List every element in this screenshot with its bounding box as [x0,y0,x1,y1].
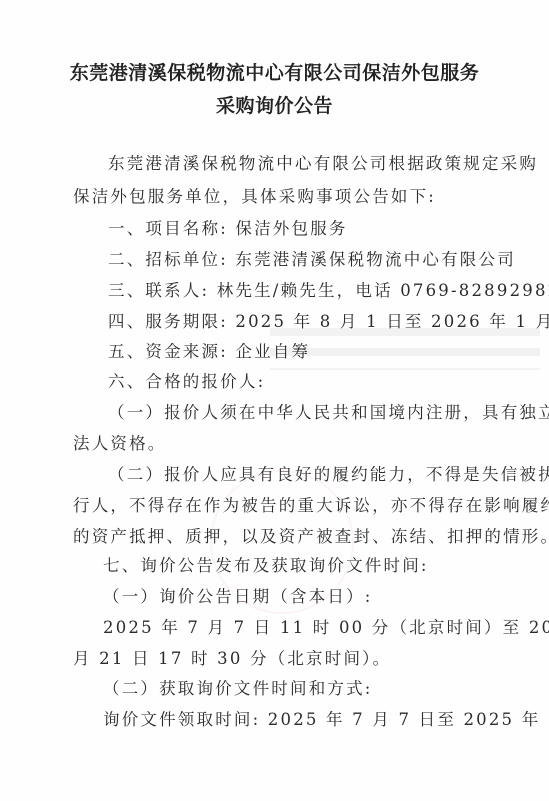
notice-date-heading: （一）询价公告日期（含本日）: [103,583,373,607]
item-contact: 三、联系人: 林先生/赖先生，电话 0769-82892982 [108,277,549,301]
item-service-period: 四、服务期限: 2025 年 8 月 1 日至 2026 年 1 月 31 日 [108,308,549,332]
intro-line1: 东莞港清溪保税物流中心有限公司根据政策规定采购 [108,150,538,174]
intro-line2: 保洁外包服务单位，具体采购事项公告如下: [73,183,436,207]
item-fund-source: 五、资金来源: 企业自筹 [108,338,310,362]
qualification-2-line2: 行人，不得存在作为被告的重大诉讼，亦不得存在影响履约 [73,492,549,516]
qualification-1-line1: （一）报价人须在中华人民共和国境内注册，具有独立 [108,399,549,423]
obtain-docs-heading: （二）获取询价文件时间和方式: [103,675,373,699]
notice-date-line1: 2025 年 7 月 7 日 11 时 00 分（北京时间）至 2025 年 7 [103,614,549,638]
document-page: 东莞港清溪保税物流中心有限公司保洁外包服务 采购询价公告 东莞港清溪保税物流中心… [0,0,549,801]
qualification-2-line1: （二）报价人应具有良好的履约能力，不得是失信被执 [108,461,549,485]
item-qualified-bidders: 六、合格的报价人: [108,368,265,392]
notice-date-line2: 月 21 日 17 时 30 分（北京时间）。 [73,645,391,669]
item-project-name: 一、项目名称: 保洁外包服务 [108,215,348,239]
qualification-1-line2: 法人资格。 [73,430,167,454]
obtain-docs-time: 询价文件领取时间: 2025 年 7 月 7 日至 2025 年 7 月 14 [103,706,549,730]
bleed-through-text [270,328,540,370]
item-notice-schedule: 七、询价公告发布及获取询价文件时间: [103,552,429,576]
document-title-line2: 采购询价公告 [0,91,549,118]
qualification-2-line3: 的资产抵押、质押，以及资产被查封、冻结、扣押的情形。 [73,523,549,547]
document-title-line1: 东莞港清溪保税物流中心有限公司保洁外包服务 [0,58,549,85]
item-tender-unit: 二、招标单位: 东莞港清溪保税物流中心有限公司 [108,246,516,270]
